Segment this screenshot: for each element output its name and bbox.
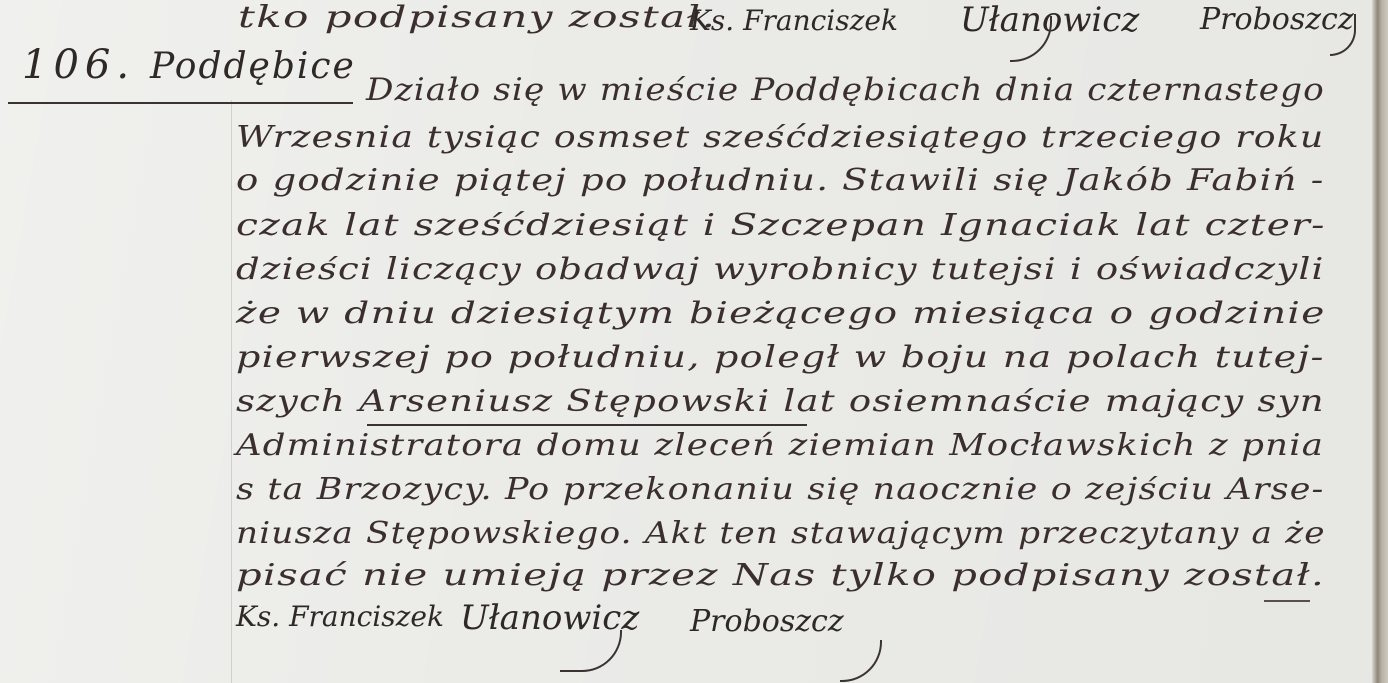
line-end-dash (1264, 600, 1310, 602)
deceased-name-underline (367, 424, 807, 426)
entry-line-3: o godzinie piątej po południu. Stawili s… (236, 163, 1324, 198)
entry-line-2: Wrzesnia tysiąc osmset sześćdziesiątego … (236, 120, 1324, 155)
entry-line-9: Administratora domu zleceń ziemian Mocła… (236, 428, 1324, 463)
entry-number: 106. (22, 42, 135, 88)
scanned-register-page: tko podpisany został. Ks. Franciszek Uła… (0, 0, 1388, 683)
entry-signature-priest: Ks. Franciszek (236, 600, 444, 633)
entry-line-1: Działo się w mieście Poddębicach dnia cz… (366, 72, 1325, 108)
signature-flourish (1010, 16, 1052, 62)
entry-place-name: Poddębice (150, 46, 356, 87)
entry-line-8: szych Arseniusz Stępowski lat osiemnaści… (236, 384, 1325, 419)
entry-line-5: dzieści liczący obadwaj wyrobnicy tutejs… (236, 252, 1325, 287)
previous-entry-signature-priest: Ks. Franciszek (690, 4, 898, 37)
entry-line-11: niusza Stępowskiego. Akt ten stawającym … (236, 516, 1326, 551)
margin-rule (231, 100, 232, 683)
page-binding-edge (1372, 0, 1388, 683)
signature-flourish (1330, 14, 1356, 56)
heading-underline (8, 102, 353, 104)
entry-line-7: pierwszej po południu, poległ w boju na … (236, 340, 1325, 375)
signature-flourish (840, 640, 882, 682)
entry-line-12: pisać nie umieją przez Nas tylko podpisa… (236, 558, 1325, 593)
signature-flourish (560, 630, 622, 672)
previous-entry-tail-text: tko podpisany został. (238, 0, 716, 35)
entry-line-4: czak lat sześćdziesiąt i Szczepan Ignaci… (236, 208, 1326, 243)
entry-signature-role: Proboszcz (690, 604, 844, 639)
entry-line-6: że w dniu dziesiątym bieżącego miesiąca … (236, 296, 1326, 331)
entry-line-10: s ta Brzozycy. Po przekonaniu się naoczn… (236, 472, 1324, 507)
